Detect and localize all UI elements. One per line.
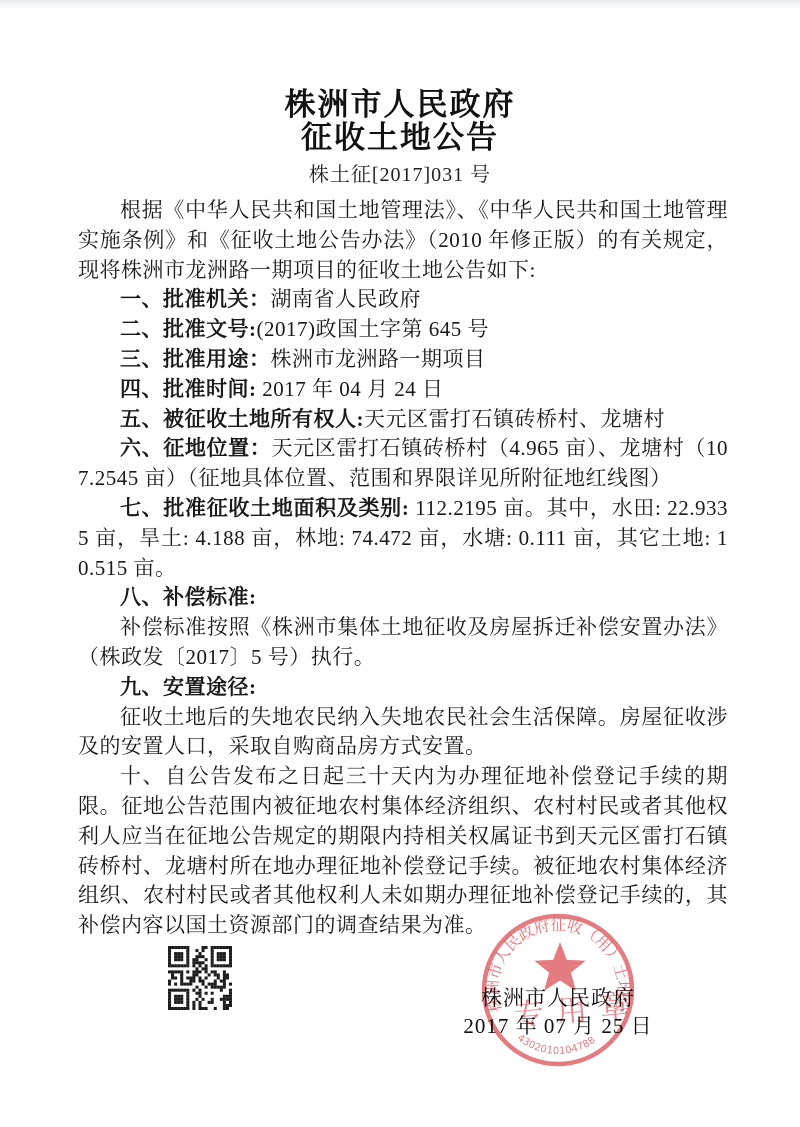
paragraph-item-5: 五、被征收土地所有权人:天元区雷打石镇砖桥村、龙塘村	[78, 405, 728, 435]
item-label: 一、批准机关：	[120, 287, 271, 311]
item-text: 补偿标准按照《株洲市集体土地征收及房屋拆迁补偿安置办法》（株政发〔2017〕5 …	[78, 615, 728, 669]
document-number: 株土征[2017]031 号	[0, 163, 800, 187]
seal-star-icon	[534, 942, 585, 991]
scanned-announcement-page: 株洲市人民政府 征收土地公告 株土征[2017]031 号 根据《中华人民共和国…	[0, 0, 800, 1127]
announcement-body: 根据《中华人民共和国土地管理法》、《中华人民共和国土地管理实施条例》和《征收土地…	[78, 196, 728, 941]
item-label: 二、批准文号:	[120, 317, 257, 341]
paragraph-item-6: 六、征地位置：天元区雷打石镇砖桥村（4.965 亩）、龙塘村（107.2545 …	[78, 434, 728, 494]
item-text: 天元区雷打石镇砖桥村、龙塘村	[364, 407, 665, 431]
paragraph-intro: 根据《中华人民共和国土地管理法》、《中华人民共和国土地管理实施条例》和《征收土地…	[78, 196, 728, 285]
paragraph-item-7: 七、批准征收土地面积及类别: 112.2195 亩。其中，水田: 22.9335…	[78, 494, 728, 583]
item-label: 五、被征收土地所有权人:	[120, 407, 364, 431]
paragraph-item-2: 二、批准文号:(2017)政国土字第 645 号	[78, 315, 728, 345]
item-text: 征收土地后的失地农民纳入失地农民社会生活保障。房屋征收涉及的安置人口，采取自购商…	[78, 705, 728, 759]
title-block: 株洲市人民政府 征收土地公告 株土征[2017]031 号	[0, 88, 800, 187]
paragraph-item-9-body: 征收土地后的失地农民纳入失地农民社会生活保障。房屋征收涉及的安置人口，采取自购商…	[78, 703, 728, 763]
item-text: 2017 年 04 月 24 日	[257, 377, 444, 401]
page-title-line2: 征收土地公告	[0, 121, 800, 154]
item-text: 株洲市龙洲路一期项目	[271, 347, 486, 371]
item-label: 八、补偿标准:	[120, 585, 257, 609]
item-label: 九、安置途径:	[120, 675, 257, 699]
official-seal: 株洲市人民政府征收（用）土地公告 专用章 4302010104788	[470, 902, 646, 1078]
paragraph-item-1: 一、批准机关：湖南省人民政府	[78, 285, 728, 315]
paragraph-item-3: 三、批准用途：株洲市龙洲路一期项目	[78, 345, 728, 375]
paragraph-item-8-body: 补偿标准按照《株洲市集体土地征收及房屋拆迁补偿安置办法》（株政发〔2017〕5 …	[78, 613, 728, 673]
item-text: 根据《中华人民共和国土地管理法》、《中华人民共和国土地管理实施条例》和《征收土地…	[78, 198, 728, 282]
item-label: 四、批准时间:	[120, 377, 257, 401]
seal-number: 4302010104788	[515, 1033, 598, 1057]
paragraph-item-9: 九、安置途径:	[78, 673, 728, 703]
item-label: 三、批准用途：	[120, 347, 271, 371]
item-label: 七、批准征收土地面积及类别:	[120, 496, 409, 520]
seal-ring	[484, 916, 632, 1064]
item-label: 六、征地位置：	[120, 436, 271, 460]
qr-code	[168, 946, 232, 1010]
item-text: 湖南省人民政府	[271, 287, 422, 311]
page-title-line1: 株洲市人民政府	[0, 88, 800, 121]
item-text: (2017)政国土字第 645 号	[257, 317, 490, 341]
paragraph-item-4: 四、批准时间: 2017 年 04 月 24 日	[78, 375, 728, 405]
paragraph-item-8: 八、补偿标准:	[78, 583, 728, 613]
